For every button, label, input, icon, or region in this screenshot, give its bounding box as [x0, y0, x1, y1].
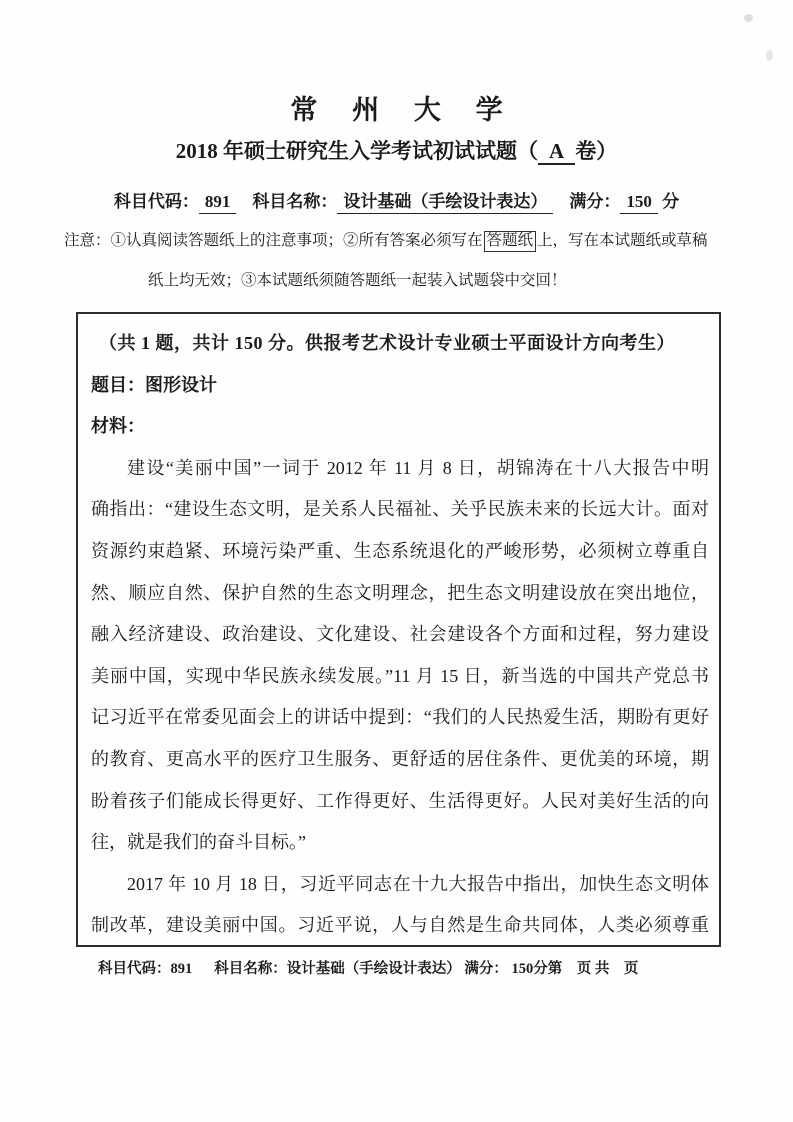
footer-name-label: 科目名称： — [214, 961, 287, 977]
exam-notice: 注意：①认真阅读答题纸上的注意事项；②所有答案必须写在答题纸上，写在本试题纸或草… — [64, 231, 736, 291]
material-line: 的教育、更高水平的医疗卫生服务、更舒适的居住条件、更优美的环境，期 — [91, 739, 709, 781]
footer-score-value: 150 — [512, 961, 534, 977]
scan-artifact — [766, 50, 773, 61]
full-score-unit: 分 — [662, 192, 679, 211]
question-box: （共 1 题，共计 150 分。供报考艺术设计专业硕士平面设计方向考生） 题目：… — [76, 312, 721, 947]
material-line: 确指出：“建设生态文明，是关系人民福祉、关乎民族未来的长远大计。面对 — [91, 489, 709, 531]
material-line: 盼着孩子们能成长得更好、工作得更好、生活得更好。人民对美好生活的向 — [91, 781, 709, 823]
university-title: 常 州 大 学 — [0, 88, 793, 127]
material-line: 美丽中国，实现中华民族永续发展。”11 月 15 日，新当选的中国共产党总书 — [91, 656, 709, 698]
material-line: 记习近平在常委见面会上的讲话中提到：“我们的人民热爱生活，期盼有更好 — [91, 697, 709, 739]
page-footer: 科目代码：891科目名称：设计基础（手绘设计表达） 满分： 150分第 页 共 … — [98, 957, 638, 978]
footer-code-value: 891 — [171, 961, 193, 977]
material-label: 材料： — [91, 406, 709, 448]
material-line: 制改革，建设美丽中国。习近平说，人与自然是生命共同体，人类必须尊重 — [91, 905, 709, 947]
exam-paper-page: 常 州 大 学 2018 年硕士研究生入学考试初试试题（A卷） 科目代码：891… — [0, 0, 793, 1122]
material-line: 建设“美丽中国”一词于 2012 年 11 月 8 日，胡锦涛在十八大报告中明 — [91, 448, 709, 490]
footer-page-tail: 分第 页 共 页 — [533, 961, 638, 977]
question-summary: （共 1 题，共计 150 分。供报考艺术设计专业硕士平面设计方向考生） — [91, 323, 709, 365]
material-line: 融入经济建设、政治建设、文化建设、社会建设各个方面和过程，努力建设 — [91, 614, 709, 656]
footer-name-value: 设计基础（手绘设计表达） — [287, 961, 461, 977]
notice-text-pre: ①认真阅读答题纸上的注意事项；②所有答案必须写在 — [111, 232, 483, 249]
material-line: 然、顺应自然、保护自然的生态文明理念，把生态文明建设放在突出地位， — [91, 573, 709, 615]
subject-code-value: 891 — [199, 191, 237, 214]
notice-label: 注意： — [64, 232, 111, 249]
exam-title: 2018 年硕士研究生入学考试初试试题（A卷） — [0, 135, 793, 165]
notice-line-2: 纸上均无效；③本试题纸须随答题纸一起装入试题袋中交回！ — [148, 271, 736, 291]
full-score-label: 满分： — [569, 192, 620, 211]
question-topic: 题目：图形设计 — [91, 365, 709, 407]
subject-name-label: 科目名称： — [252, 192, 337, 211]
scan-artifact — [744, 14, 753, 22]
footer-code-label: 科目代码： — [98, 961, 171, 977]
footer-score-label: 满分： — [464, 961, 508, 977]
subject-line: 科目代码：891科目名称：设计基础（手绘设计表达）满分：150 分 — [0, 187, 793, 214]
exam-title-prefix: 2018 年硕士研究生入学考试初试试题（ — [176, 139, 538, 163]
full-score-value: 150 — [620, 191, 658, 214]
paper-variant: A — [538, 139, 575, 165]
subject-code-label: 科目代码： — [114, 192, 199, 211]
notice-text-post: 上，写在本试题纸或草稿 — [537, 232, 708, 249]
subject-name-value: 设计基础（手绘设计表达） — [337, 191, 553, 214]
answer-sheet-boxed-term: 答题纸 — [484, 231, 537, 252]
material-line: 2017 年 10 月 18 日，习近平同志在十九大报告中指出，加快生态文明体 — [91, 864, 709, 906]
notice-line-1: 注意：①认真阅读答题纸上的注意事项；②所有答案必须写在答题纸上，写在本试题纸或草… — [64, 231, 736, 252]
material-line: 资源约束趋紧、环境污染严重、生态系统退化的严峻形势，必须树立尊重自 — [91, 531, 709, 573]
exam-title-suffix: 卷） — [575, 139, 617, 163]
material-line: 往，就是我们的奋斗目标。” — [91, 822, 709, 864]
